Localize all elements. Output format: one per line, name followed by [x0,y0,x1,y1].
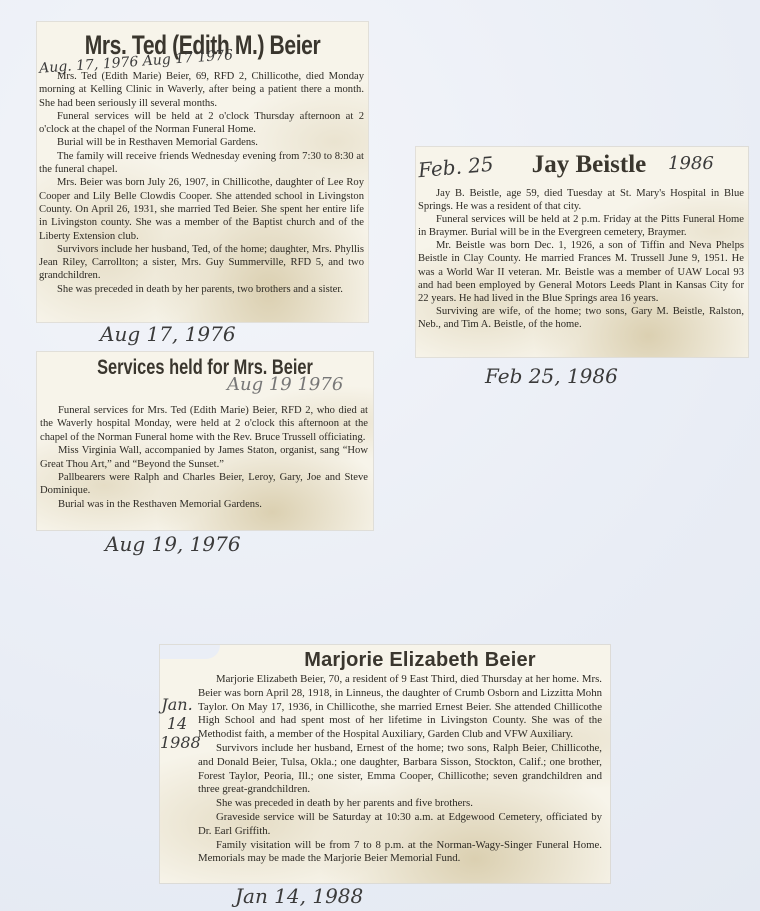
paragraph: Funeral services will be held at 2 p.m. … [418,213,744,239]
paragraph: She was preceded in death by her parents… [198,797,602,811]
handwritten-margin-date: Jan. 14 1988 [160,695,194,752]
paragraph: Mrs. Beier was born July 26, 1907, in Ch… [39,176,364,242]
handwritten-date: Feb 25, 1986 [485,364,618,388]
obituary-clipping-services-beier: Services held for Mrs. Beier Aug 19 1976… [37,352,373,530]
paragraph: Family visitation will be from 7 to 8 p.… [198,839,602,867]
paragraph: Graveside service will be Saturday at 10… [198,811,602,839]
article-body: Jay B. Beistle, age 59, died Tuesday at … [418,187,744,331]
margin-note-line: 1988 [160,733,194,752]
paragraph: Jay B. Beistle, age 59, died Tuesday at … [418,187,744,213]
paragraph: Pallbearers were Ralph and Charles Beier… [40,471,368,498]
paragraph: Burial was in the Resthaven Memorial Gar… [40,498,368,511]
paragraph: Burial will be in Resthaven Memorial Gar… [39,136,364,149]
handwritten-date: Aug 19, 1976 [105,532,241,556]
paragraph: Mrs. Ted (Edith Marie) Beier, 69, RFD 2,… [39,70,364,110]
torn-edge [160,645,220,659]
margin-note-line: 14 [160,714,194,733]
paragraph: Mr. Beistle was born Dec. 1, 1926, a son… [418,239,744,304]
headline: Marjorie Elizabeth Beier [230,649,610,672]
handwritten-date: Jan 14, 1988 [235,884,363,908]
paragraph: Funeral services for Mrs. Ted (Edith Mar… [40,404,368,444]
margin-note-line: Jan. [160,695,194,714]
obituary-clipping-marjorie-beier: Marjorie Elizabeth Beier Jan. 14 1988 Ma… [160,645,610,883]
article-body: Funeral services for Mrs. Ted (Edith Mar… [40,404,368,511]
paragraph: The family will receive friends Wednesda… [39,150,364,177]
paragraph: Marjorie Elizabeth Beier, 70, a resident… [198,673,602,742]
paragraph: Funeral services will be held at 2 o'clo… [39,110,364,137]
paragraph: Surviving are wife, of the home; two son… [418,305,744,331]
obituary-clipping-edith-beier: Mrs. Ted (Edith M.) Beier Aug. 17, 1976 … [37,22,368,322]
handwritten-note: 1986 [668,153,714,174]
paragraph: Survivors include her husband, Ernest of… [198,742,602,797]
paragraph: Survivors include her husband, Ted, of t… [39,243,364,283]
paragraph: She was preceded in death by her parents… [39,283,364,296]
article-body: Marjorie Elizabeth Beier, 70, a resident… [198,673,602,866]
handwritten-note: Aug 19 1976 [227,374,343,395]
paragraph: Miss Virginia Wall, accompanied by James… [40,444,368,471]
obituary-clipping-jay-beistle: Feb. 25 Jay Beistle 1986 Jay B. Beistle,… [416,147,748,357]
handwritten-date: Aug 17, 1976 [100,322,236,346]
article-body: Mrs. Ted (Edith Marie) Beier, 69, RFD 2,… [39,70,364,296]
